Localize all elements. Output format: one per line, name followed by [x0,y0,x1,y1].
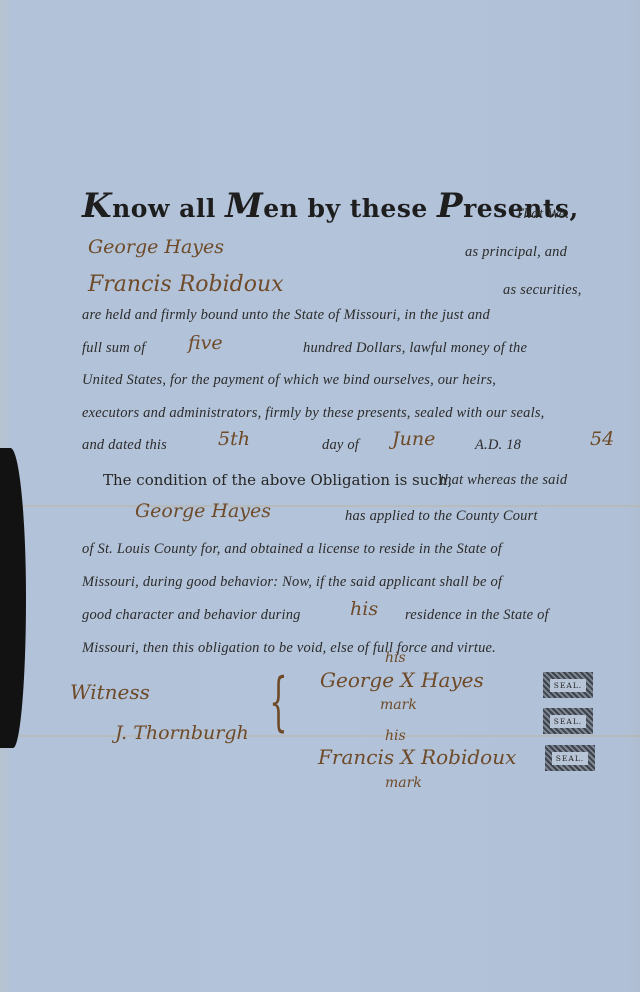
ad-label: A.D. 18 [475,437,521,454]
heading-cap-2: M [225,186,263,226]
applicant-name: George Hayes [135,500,271,522]
condition-lead-italic: that whereas the said [440,472,567,489]
principal-name: George Hayes [88,236,224,258]
condition-line-5-start: good character and behavior during [82,607,301,624]
heading-cap-1: K [82,186,112,226]
security-name: Francis Robidoux [88,272,284,297]
condition-line-4: Missouri, during good behavior: Now, if … [82,574,502,591]
seal-1: SEAL. [543,672,593,698]
condition-line-5-end: residence in the State of [405,607,549,624]
dated-label: and dated this [82,437,167,454]
seal-label: SEAL. [550,715,586,728]
seal-2: SEAL. [543,708,593,734]
principal-label: as principal, and [465,244,567,261]
fold-crease [0,735,640,737]
securities-label: as securities, [503,282,582,299]
sum-amount: five [188,332,223,354]
condition-his: his [350,598,378,620]
heading-word-2: en by these [263,194,428,223]
condition-line-3: of St. Louis County for, and obtained a … [82,541,502,558]
brace: { [269,665,287,739]
signer2-name: Francis X Robidoux [318,745,516,769]
dated-year: 54 [590,428,614,450]
seal-3: SEAL. [545,745,595,771]
bond-line-6: executors and administrators, firmly by … [82,405,545,422]
heading-word-1: now all [112,194,216,223]
signer1-name: George X Hayes [320,668,484,692]
bond-line-3: are held and firmly bound unto the State… [82,307,490,324]
seal-label: SEAL. [550,679,586,692]
signer1-mark: mark [380,697,417,713]
witness-label: Witness [70,680,150,704]
dated-month: June [392,428,435,450]
seal-label: SEAL. [552,752,588,765]
heading: Know all Men by these Presents, [82,186,579,226]
witness-name: J. Thornburgh [115,722,249,744]
condition-lead: The condition of the above Obligation is… [103,471,452,489]
condition-line-6: Missouri, then this obligation to be voi… [82,640,496,657]
day-of-label: day of [322,437,359,454]
heading-cap-3: P [437,186,463,226]
sum-label: full sum of [82,340,145,357]
dated-day: 5th [218,428,250,450]
paper-document: Know all Men by these Presents, That We.… [0,0,640,992]
signer2-mark: mark [385,775,422,791]
applied-text: has applied to the County Court [345,508,538,525]
signer1-his: his [385,650,406,666]
signer2-his: his [385,728,406,744]
dark-edge-shadow [0,448,26,748]
sum-tail: hundred Dollars, lawful money of the [303,340,527,357]
heading-tail: That We. [515,206,569,223]
bond-line-5: United States, for the payment of which … [82,372,496,389]
fold-crease [0,505,640,507]
